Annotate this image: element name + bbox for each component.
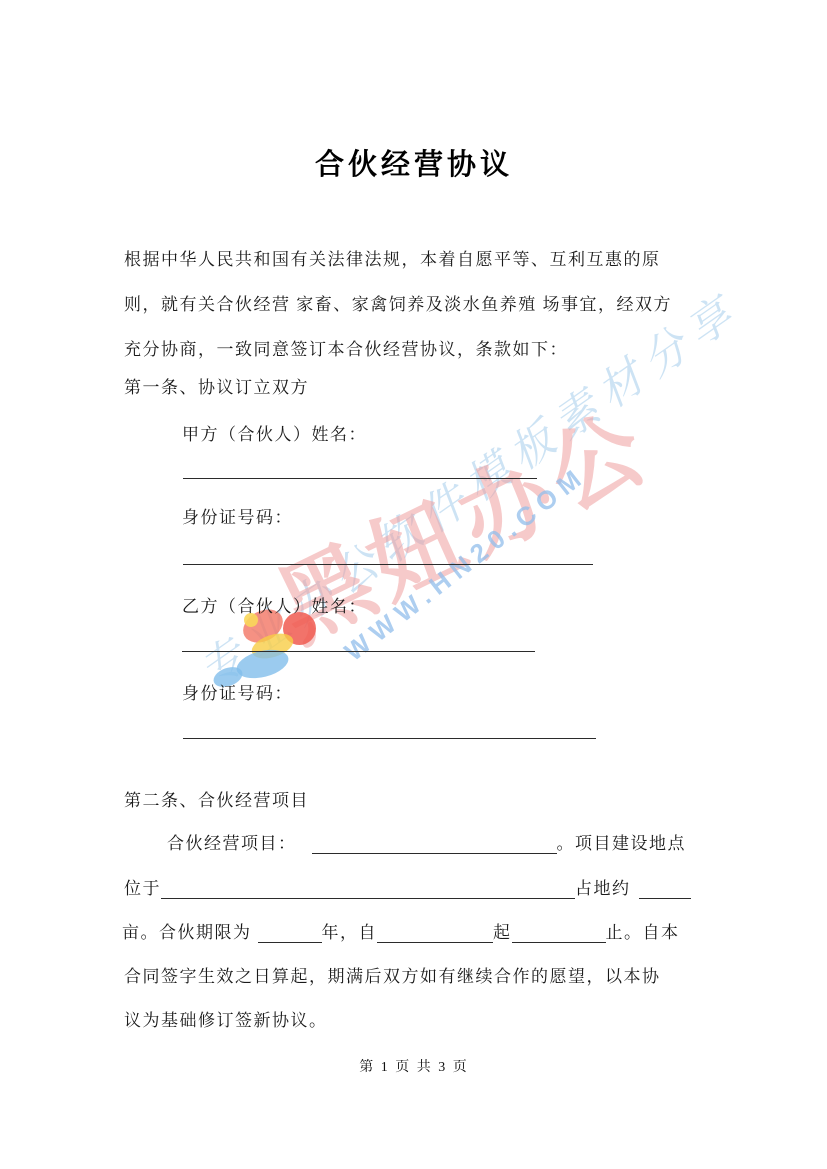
party-b-name-label: 乙方（合伙人）姓名： bbox=[182, 592, 367, 617]
term-part1-label: 亩。合伙期限为 bbox=[122, 923, 252, 942]
term-part3-label: 起 bbox=[493, 923, 512, 942]
project-blank-line bbox=[312, 834, 557, 854]
continuation-line-2: 议为基础修订签新协议。 bbox=[124, 1006, 328, 1031]
intro-line-2: 则，就有关合伙经营 家畜、家禽饲养及淡水鱼养殖 场事宜，经双方 bbox=[124, 282, 709, 327]
term-line: 亩。合伙期限为年，自起止。自本 bbox=[122, 918, 680, 943]
intro-line-3: 充分协商，一致同意签订本合伙经营协议，条款如下： bbox=[124, 327, 709, 372]
location-line: 位于占地约 bbox=[124, 874, 691, 899]
term-to-blank-line bbox=[512, 923, 606, 943]
intro-paragraph: 根据中华人民共和国有关法律法规，本着自愿平等、互利互惠的原 则，就有关合伙经营 … bbox=[124, 237, 709, 372]
area-label: 占地约 bbox=[575, 879, 631, 898]
term-from-blank-line bbox=[377, 923, 493, 943]
document-page: 专业办公软件模板素材分享 黑妞办公 WWW.HN20.COM 合伙经营协议 根据… bbox=[0, 0, 827, 1169]
area-blank-line bbox=[639, 879, 691, 899]
term-part2-label: 年，自 bbox=[322, 923, 378, 942]
term-part4-label: 止。自本 bbox=[606, 923, 680, 942]
party-a-name-label: 甲方（合伙人）姓名： bbox=[182, 420, 367, 445]
project-label: 合伙经营项目： bbox=[167, 834, 297, 853]
party-b-name-blank-line bbox=[182, 651, 535, 652]
article1-heading: 第一条、协议订立双方 bbox=[124, 373, 309, 398]
party-b-id-blank-line bbox=[183, 738, 596, 739]
party-a-id-label: 身份证号码： bbox=[182, 503, 293, 528]
page-number-indicator: 第 1 页 共 3 页 bbox=[124, 1056, 704, 1076]
document-title: 合伙经营协议 bbox=[124, 142, 704, 183]
article2-heading: 第二条、合伙经营项目 bbox=[124, 786, 309, 811]
party-a-name-blank-line bbox=[183, 478, 537, 479]
intro-line-1: 根据中华人民共和国有关法律法规，本着自愿平等、互利互惠的原 bbox=[124, 237, 709, 282]
continuation-line-1: 合同签字生效之日算起，期满后双方如有继续合作的愿望，以本协 bbox=[124, 962, 661, 987]
project-line: 合伙经营项目：。项目建设地点 bbox=[167, 829, 686, 854]
project-location-label: 。项目建设地点 bbox=[557, 834, 687, 853]
located-at-label: 位于 bbox=[124, 879, 161, 898]
party-a-id-blank-line bbox=[183, 564, 593, 565]
party-b-id-label: 身份证号码： bbox=[182, 679, 293, 704]
location-blank-line bbox=[161, 879, 575, 899]
term-years-blank-line bbox=[258, 923, 322, 943]
